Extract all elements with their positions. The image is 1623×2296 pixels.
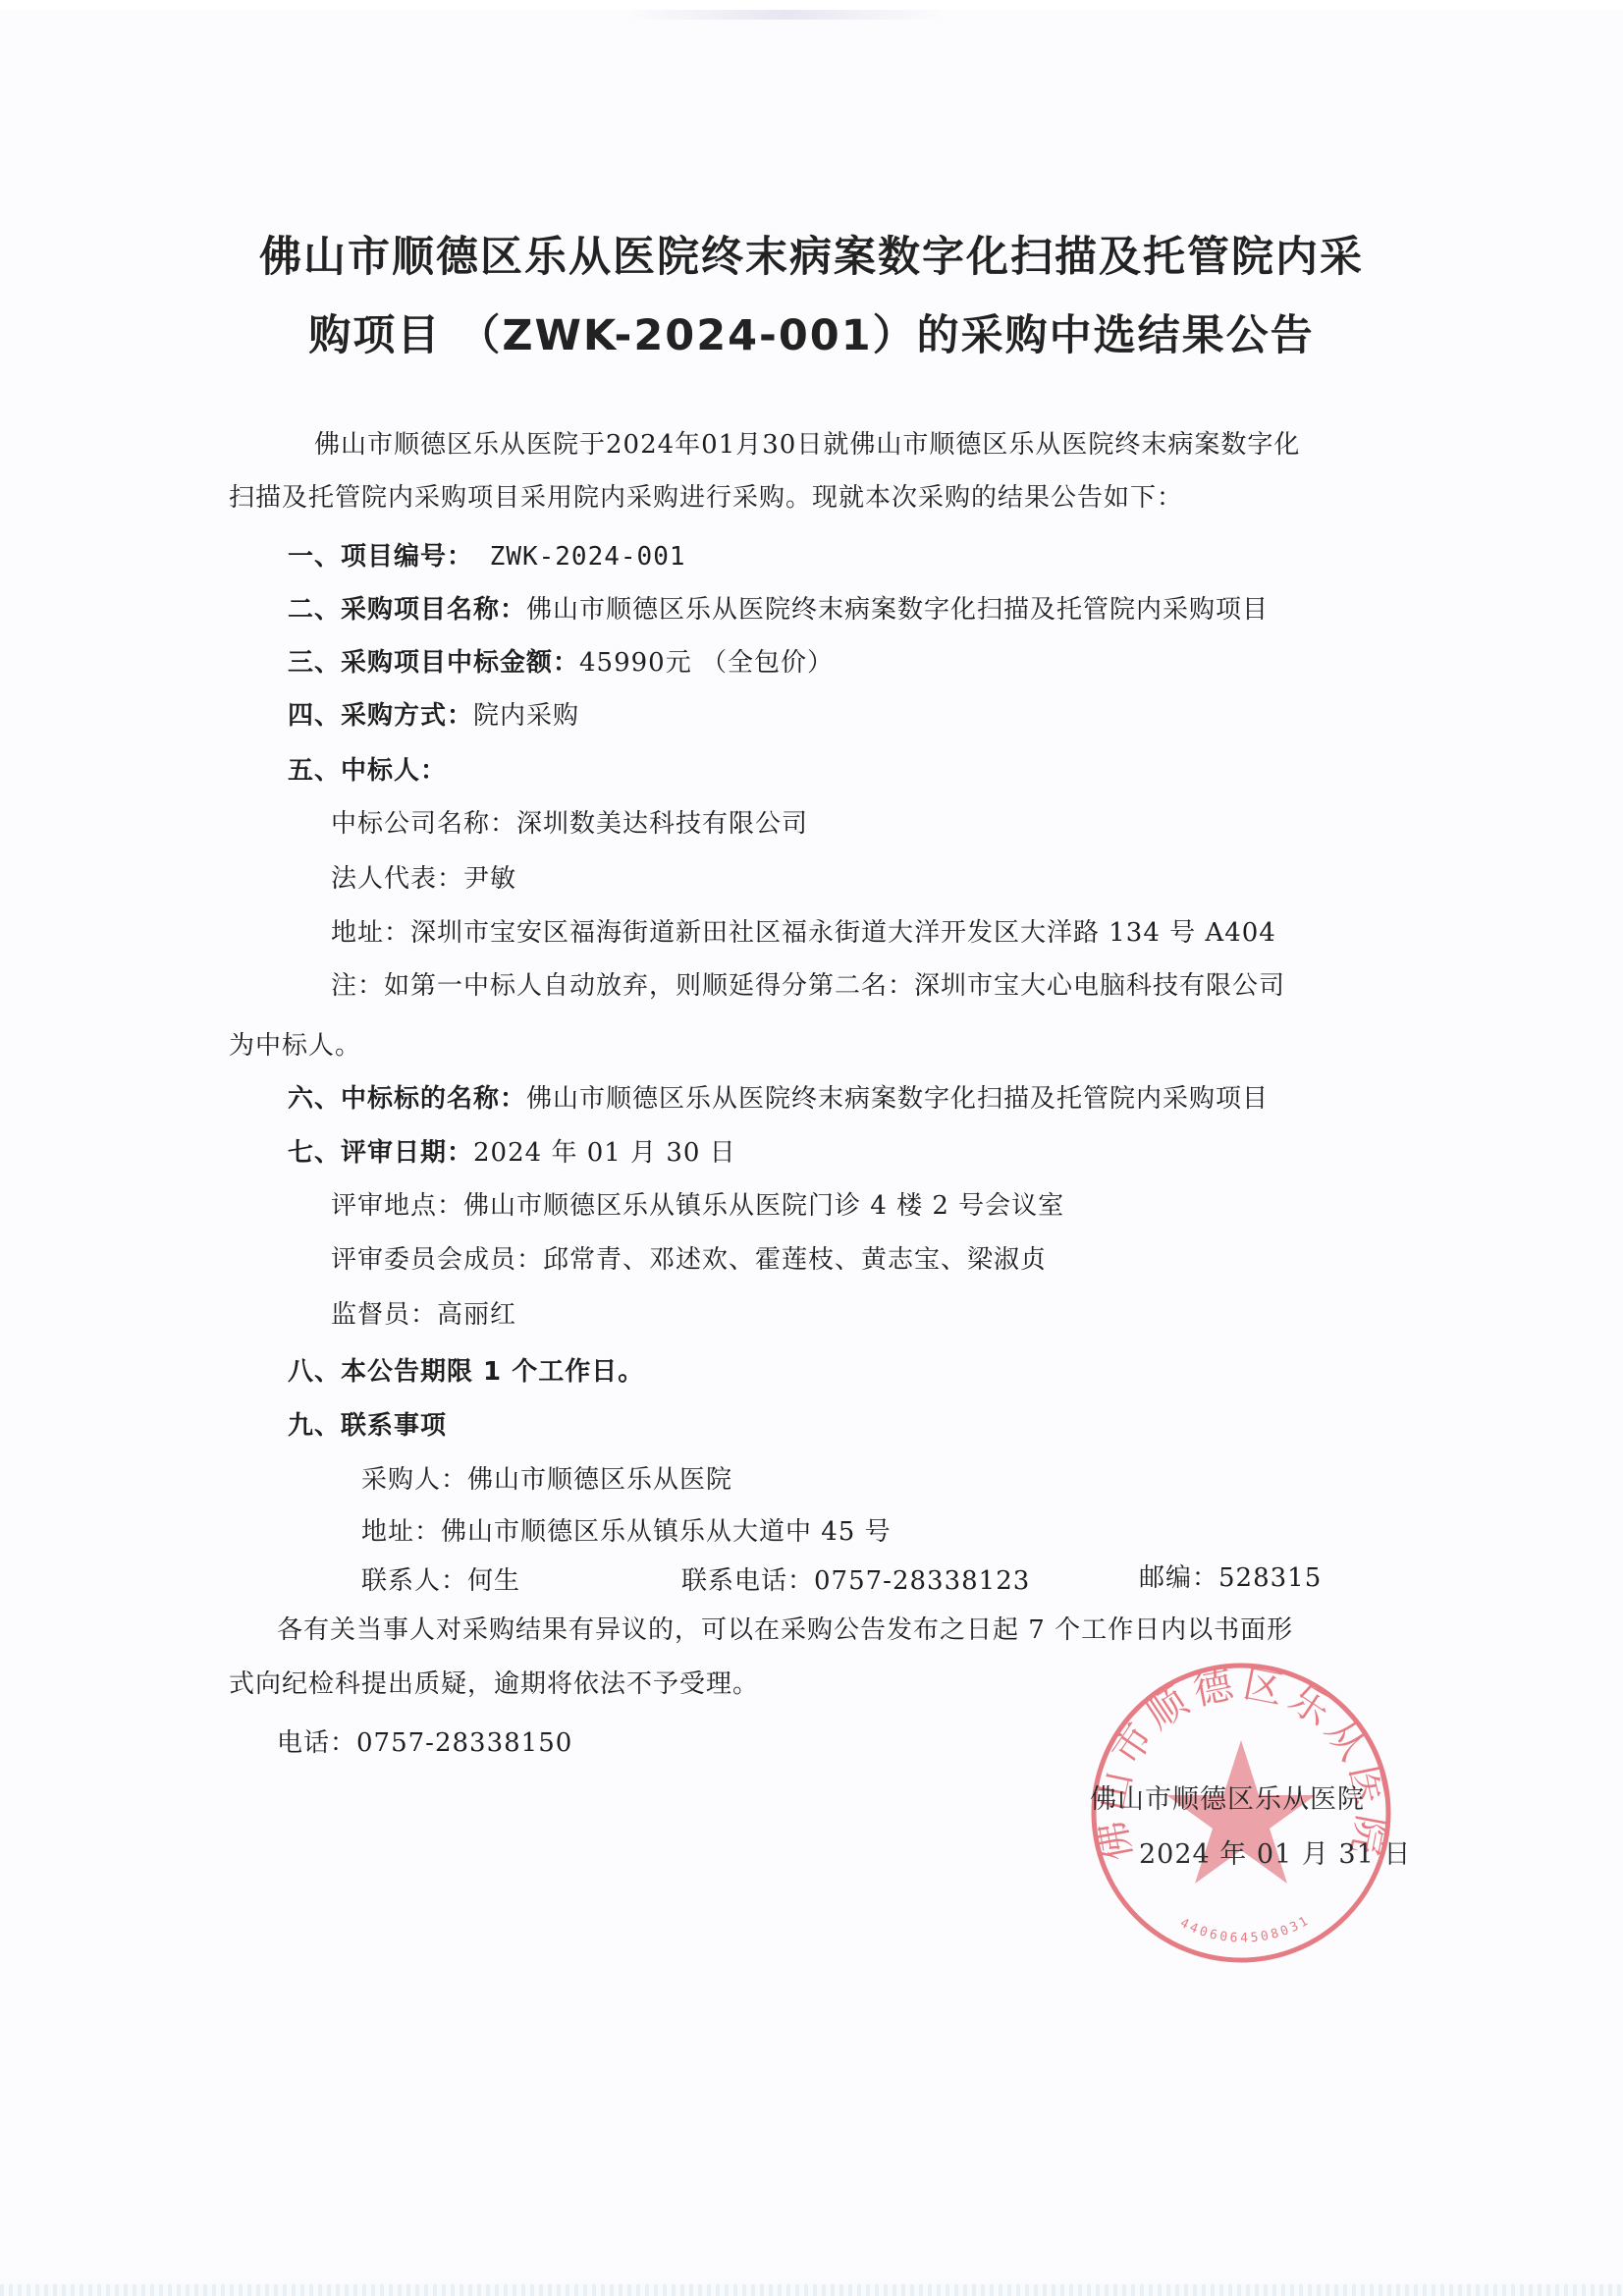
- section-winning-bidder: 五、中标人：: [288, 754, 447, 788]
- intro-paragraph-line-2: 扫描及托管院内采购项目采用院内采购进行采购。现就本次采购的结果公告如下：: [229, 481, 1183, 515]
- section-procurement-method: 四、采购方式：院内采购: [288, 699, 579, 733]
- section-label: 四、采购方式：: [288, 701, 473, 731]
- purchaser-address: 地址：佛山市顺德区乐从镇乐从大道中 45 号: [361, 1515, 892, 1549]
- runner-up-note-line-2: 为中标人。: [229, 1029, 361, 1063]
- project-name-value: 佛山市顺德区乐从医院终末病案数字化扫描及托管院内采购项目: [526, 595, 1269, 625]
- document-page: 佛山市顺德区乐从医院终末病案数字化扫描及托管院内采 购项目 （ZWK-2024-…: [0, 0, 1623, 2296]
- legal-representative: 法人代表：尹敏: [331, 862, 516, 896]
- award-amount-value: 45990元 （全包价）: [579, 648, 834, 678]
- document-title-line-2: 购项目 （ZWK-2024-001）的采购中选结果公告: [0, 302, 1623, 362]
- signature-date: 2024 年 01 月 31 日: [1139, 1832, 1411, 1871]
- contact-person: 联系人：何生: [361, 1564, 520, 1598]
- section-project-number: 一、项目编号： ZWK-2024-001: [288, 540, 686, 574]
- section-label: 六、中标标的名称：: [288, 1084, 526, 1114]
- complaint-phone: 电话：0757-28338150: [277, 1726, 572, 1760]
- review-date-value: 2024 年 01 月 30 日: [473, 1138, 736, 1168]
- objection-notice-line-1: 各有关当事人对采购结果有异议的，可以在采购公告发布之日起 7 个工作日内以书面形: [277, 1613, 1293, 1647]
- stamp-serial: 4406064508031: [1177, 1913, 1313, 1946]
- procurement-method-value: 院内采购: [473, 701, 579, 731]
- contact-phone: 联系电话：0757-28338123: [681, 1564, 1030, 1598]
- supervisor: 监督员：高丽红: [331, 1298, 516, 1332]
- document-title-line-1: 佛山市顺德区乐从医院终末病案数字化扫描及托管院内采: [0, 224, 1623, 284]
- section-project-name: 二、采购项目名称：佛山市顺德区乐从医院终末病案数字化扫描及托管院内采购项目: [288, 593, 1269, 627]
- section-label: 二、采购项目名称：: [288, 595, 526, 625]
- intro-paragraph-line-1: 佛山市顺德区乐从医院于2024年01月30日就佛山市顺德区乐从医院终末病案数字化: [314, 428, 1300, 462]
- purchaser: 采购人：佛山市顺德区乐从医院: [361, 1463, 732, 1497]
- winning-company-name: 中标公司名称：深圳数美达科技有限公司: [331, 807, 808, 841]
- review-committee-members: 评审委员会成员：邱常青、邓述欢、霍莲枝、黄志宝、梁淑贞: [331, 1243, 1047, 1277]
- section-label: 三、采购项目中标金额：: [288, 648, 579, 678]
- section-subject-name: 六、中标标的名称：佛山市顺德区乐从医院终末病案数字化扫描及托管院内采购项目: [288, 1082, 1269, 1116]
- subject-name-value: 佛山市顺德区乐从医院终末病案数字化扫描及托管院内采购项目: [526, 1084, 1269, 1114]
- signature-organization: 佛山市顺德区乐从医院: [1090, 1777, 1365, 1816]
- section-label: 七、评审日期：: [288, 1138, 473, 1168]
- postcode: 邮编：528315: [1139, 1561, 1322, 1595]
- svg-text:4406064508031: 4406064508031: [1177, 1913, 1313, 1946]
- winning-company-address: 地址：深圳市宝安区福海街道新田社区福永街道大洋开发区大洋路 134 号 A404: [331, 916, 1276, 950]
- review-location: 评审地点：佛山市顺德区乐从镇乐从医院门诊 4 楼 2 号会议室: [331, 1189, 1064, 1223]
- section-label: 一、项目编号：: [288, 542, 473, 572]
- scan-smudge: [628, 10, 943, 20]
- scan-edge-bottom: [0, 2284, 1623, 2296]
- section-contact-info: 九、联系事项: [288, 1409, 447, 1443]
- section-award-amount: 三、采购项目中标金额：45990元 （全包价）: [288, 646, 834, 680]
- section-announcement-period: 八、本公告期限 1 个工作日。: [288, 1355, 644, 1389]
- section-review-date: 七、评审日期：2024 年 01 月 30 日: [288, 1136, 736, 1170]
- runner-up-note-line-1: 注：如第一中标人自动放弃，则顺延得分第二名：深圳市宝大心电脑科技有限公司: [331, 969, 1285, 1003]
- project-number-value: ZWK-2024-001: [473, 542, 686, 572]
- scan-edge-top: [0, 0, 1623, 10]
- objection-notice-line-2: 式向纪检科提出质疑，逾期将依法不予受理。: [229, 1667, 759, 1701]
